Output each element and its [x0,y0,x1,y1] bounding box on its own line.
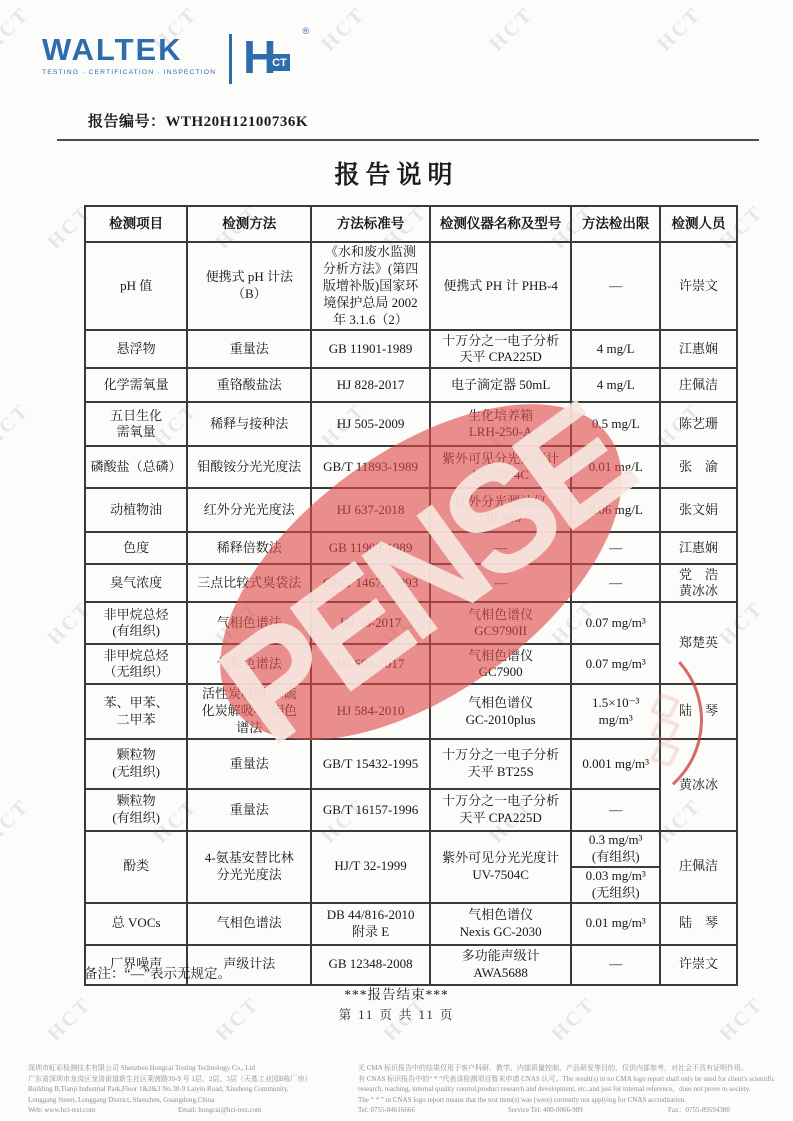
table-cell: HJ 637-2018 [311,488,430,532]
table-cell: — [571,564,660,602]
report-number: 报告编号：WTH20H12100736K [88,110,308,131]
table-cell: GB 11901-1989 [311,330,430,368]
page-title: 报告说明 [0,155,793,191]
table-cell: — [430,564,571,602]
table-cell: 郑楚英 [660,602,737,684]
table-cell: 气相色谱仪 GC9790II [430,602,571,644]
table-cell: 非甲烷总烃 (有组织) [85,602,187,644]
table-cell: HJ/T 32-1999 [311,831,430,903]
table-cell: 江惠娴 [660,532,737,564]
column-header: 方法检出限 [571,206,660,242]
table-cell: 0.001 mg/m³ [571,739,660,789]
table-cell: DB 44/816-2010 附录 E [311,903,430,945]
table-cell: 紫外可见分光光度计 UV-7504C [430,831,571,903]
table-cell: 活性炭吸附/二硫 化炭解吸-气相色 谱法 [187,684,311,739]
waltek-tagline: TESTING · CERTIFICATION · INSPECTION [42,69,216,76]
table-cell: HJ 604-2017 [311,644,430,684]
table-cell: 许崇文 [660,242,737,330]
table-cell: 0.01 mg/m³ [571,903,660,945]
table-cell: 五日生化 需氧量 [85,402,187,446]
footer: 深圳市虹彩检测技术有限公司 Shenzhen Hongcai Testing T… [0,1063,793,1116]
table-cell: 化学需氧量 [85,368,187,402]
table-cell: 黄冰冰 [660,739,737,831]
waltek-logo: WALTEK TESTING · CERTIFICATION · INSPECT… [42,34,216,76]
table-cell: 紫外可见分光光度计 UV-7504C [430,446,571,488]
table-cell: 0.3 mg/m³ (有组织)0.03 mg/m³ (无组织) [571,831,660,903]
table-cell: 色度 [85,532,187,564]
table-cell: 便携式 PH 计 PHB-4 [430,242,571,330]
table-cell: 0.07 mg/m³ [571,602,660,644]
table-cell: 臭气浓度 [85,564,187,602]
table-row: 颗粒物 (无组织)重量法GB/T 15432-1995十万分之一电子分析 天平 … [85,739,737,789]
table-cell: 红外分光光度法 [187,488,311,532]
header-rule [57,139,759,141]
table-cell: 生化培养箱 LRH-250-A [430,402,571,446]
table-cell: — [430,532,571,564]
table-cell: 十万分之一电子分析 天平 BT25S [430,739,571,789]
column-header: 检测方法 [187,206,311,242]
table-cell: 气相色谱仪 Nexis GC-2030 [430,903,571,945]
table-cell: 钼酸铵分光光度法 [187,446,311,488]
column-header: 方法标准号 [311,206,430,242]
table-cell: GB/T 16157-1996 [311,789,430,831]
table-cell: 4-氨基安替比林 分光光度法 [187,831,311,903]
table-cell: 气相色谱仪 GC7900 [430,644,571,684]
table-cell: 气相色谱法 [187,903,311,945]
footer-disclaimer-block: 无 CMA 标识报告中的结果仅用于客户科研、教学、内部质量控制、产品研发等目的，… [358,1063,783,1116]
table-row: pH 值便携式 pH 计法 （B）《水和废水监测 分析方法》(第四 版增补版)国… [85,242,737,330]
footer-tel: Tel: 0755-84616666 [358,1105,508,1116]
table-row: 臭气浓度三点比较式臭袋法GB/T 14675-1993——党 浩 黄冰冰 [85,564,737,602]
table-row: 苯、甲苯、 二甲苯活性炭吸附/二硫 化炭解吸-气相色 谱法HJ 584-2010… [85,684,737,739]
column-header: 检测人员 [660,206,737,242]
table-cell: 江惠娴 [660,330,737,368]
table-cell: 党 浩 黄冰冰 [660,564,737,602]
table-cell: 电子滴定器 50mL [430,368,571,402]
table-cell: 陆 琴 [660,903,737,945]
table-cell: GB/T 11893-1989 [311,446,430,488]
table-cell: 《水和废水监测 分析方法》(第四 版增补版)国家环 境保护总局 2002 年 3… [311,242,430,330]
brand-header: WALTEK TESTING · CERTIFICATION · INSPECT… [42,34,307,86]
table-cell: 红外分光测油仪 OIL480 [430,488,571,532]
table-cell: 磷酸盐（总磷） [85,446,187,488]
table-cell: 酚类 [85,831,187,903]
table-cell: HJ 828-2017 [311,368,430,402]
table-cell: 十万分之一电子分析 天平 CPA225D [430,789,571,831]
footer-company-block: 深圳市虹彩检测技术有限公司 Shenzhen Hongcai Testing T… [28,1063,346,1116]
table-cell: 三点比较式臭袋法 [187,564,311,602]
table-row: 磷酸盐（总磷）钼酸铵分光光度法GB/T 11893-1989紫外可见分光光度计 … [85,446,737,488]
table-cell: HJ 38-2017 [311,602,430,644]
table-cell: — [571,945,660,985]
table-cell: 总 VOCs [85,903,187,945]
table-cell: — [571,242,660,330]
footer-email: Email: hongcai@hct-test.com [178,1105,338,1116]
table-cell: 稀释与接种法 [187,402,311,446]
table-cell: GB 11903-1989 [311,532,430,564]
table-cell: 重量法 [187,330,311,368]
table-cell: HJ 505-2009 [311,402,430,446]
table-cell: 1.5×10⁻³ mg/m³ [571,684,660,739]
table-cell: 许崇文 [660,945,737,985]
table-row: 非甲烷总烃 (有组织)气相色谱法HJ 38-2017气相色谱仪 GC9790II… [85,602,737,644]
table-cell: 重量法 [187,789,311,831]
footer-line: 深圳市虹彩检测技术有限公司 Shenzhen Hongcai Testing T… [28,1063,346,1074]
table-row: 动植物油红外分光光度法HJ 637-2018红外分光测油仪 OIL4800.06… [85,488,737,532]
logo-divider [229,34,232,84]
table-cell: — [571,532,660,564]
table-cell: 0.5 mg/L [571,402,660,446]
report-end-marker: ***报告结束*** [0,983,793,1003]
footer-line: 无 CMA 标识报告中的结果仅用于客户科研、教学、内部质量控制、产品研发等目的，… [358,1063,783,1074]
footer-web: Web: www.hct-test.com [28,1105,178,1116]
table-cell: 陆 琴 [660,684,737,739]
report-table: 检测项目检测方法方法标准号检测仪器名称及型号方法检出限检测人员pH 值便携式 p… [84,205,738,986]
table-cell: 苯、甲苯、 二甲苯 [85,684,187,739]
table-cell: 动植物油 [85,488,187,532]
table-cell: GB/T 14675-1993 [311,564,430,602]
footer-service-tel: Service Tel: 400-0066-989 [508,1105,668,1116]
table-cell: 张 渝 [660,446,737,488]
table-row: 五日生化 需氧量稀释与接种法HJ 505-2009生化培养箱 LRH-250-A… [85,402,737,446]
table-cell: pH 值 [85,242,187,330]
table-cell: GB/T 15432-1995 [311,739,430,789]
table-cell: 颗粒物 (有组织) [85,789,187,831]
table-row: 酚类4-氨基安替比林 分光光度法HJ/T 32-1999紫外可见分光光度计 UV… [85,831,737,903]
table-cell: 十万分之一电子分析 天平 CPA225D [430,330,571,368]
table-cell: 4 mg/L [571,368,660,402]
hct-logo-ct: CT [269,54,290,71]
footer-fax: Fax：0755-89594380 [668,1105,778,1116]
table-cell: 颗粒物 (无组织) [85,739,187,789]
table-cell: 气相色谱仪 GC-2010plus [430,684,571,739]
table-row: 颗粒物 (有组织)重量法GB/T 16157-1996十万分之一电子分析 天平 … [85,789,737,831]
table-cell: 气相色谱法 [187,602,311,644]
column-header: 检测仪器名称及型号 [430,206,571,242]
footer-line: 广东省深圳市龙岗区龙岗街道新生社区莱茵路30-9 号 1层、2层、3层（天基工业… [28,1074,346,1085]
table-cell: 4 mg/L [571,330,660,368]
registered-icon: ® [303,26,310,36]
report-table-wrap: 检测项目检测方法方法标准号检测仪器名称及型号方法检出限检测人员pH 值便携式 p… [84,205,738,986]
table-cell: 气相色谱法 [187,644,311,684]
table-cell: 悬浮物 [85,330,187,368]
footer-line: research, teaching, internal quality con… [358,1084,783,1095]
table-cell: 便携式 pH 计法 （B） [187,242,311,330]
table-cell: 陈艺珊 [660,402,737,446]
table-cell: 0.01 mg/L [571,446,660,488]
table-row: 总 VOCs气相色谱法DB 44/816-2010 附录 E气相色谱仪 Nexi… [85,903,737,945]
column-header: 检测项目 [85,206,187,242]
table-row: 化学需氧量重铬酸盐法HJ 828-2017电子滴定器 50mL4 mg/L庄佩洁 [85,368,737,402]
table-cell: 庄佩洁 [660,368,737,402]
table-cell: 重量法 [187,739,311,789]
table-cell: 张文娟 [660,488,737,532]
remark-note: 备注：“—”表示无规定。 [84,962,231,982]
table-row: 悬浮物重量法GB 11901-1989十万分之一电子分析 天平 CPA225D4… [85,330,737,368]
footer-line: The “ * ” in CNAS logo report means that… [358,1095,783,1106]
table-cell: 稀释倍数法 [187,532,311,564]
footer-line: Building B,Tianji Industrial Park,Floor … [28,1084,346,1095]
footer-line: 有 CNAS 标识报告中的“ * ”代表该检测项目暂未申请 CNAS 认可。Th… [358,1074,783,1085]
table-cell: 0.06 mg/L [571,488,660,532]
table-cell: HJ 584-2010 [311,684,430,739]
table-row: 色度稀释倍数法GB 11903-1989——江惠娴 [85,532,737,564]
table-cell: 非甲烷总烃 （无组织） [85,644,187,684]
table-cell: 庄佩洁 [660,831,737,903]
table-subcell: 0.3 mg/m³ (有组织) [572,832,659,868]
table-cell: 0.07 mg/m³ [571,644,660,684]
table-row: 非甲烷总烃 （无组织）气相色谱法HJ 604-2017气相色谱仪 GC79000… [85,644,737,684]
table-cell: — [571,789,660,831]
footer-line: Longgang Street, Longgang District, Shen… [28,1095,346,1106]
waltek-logo-text: WALTEK [42,34,216,65]
hct-logo: H CT ® [243,34,307,86]
table-cell: 多功能声级计 AWA5688 [430,945,571,985]
table-cell: GB 12348-2008 [311,945,430,985]
page-number: 第 11 页 共 11 页 [0,1005,793,1023]
table-cell: 重铬酸盐法 [187,368,311,402]
table-subcell: 0.03 mg/m³ (无组织) [572,868,659,902]
